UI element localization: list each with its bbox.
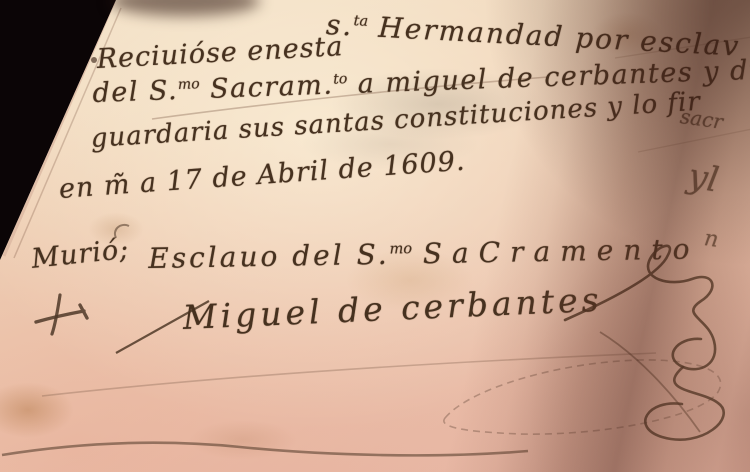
tan-stain — [0, 382, 74, 438]
abbr-sacramento-sup: to — [333, 71, 348, 87]
cervantes-signature: Miguel de cerbantes — [182, 280, 603, 337]
fold-fragment-1-text: yl — [685, 156, 722, 201]
margin-note-text: Murió; — [30, 234, 131, 275]
entry-line1-right: s.taHermandad por esclav — [325, 8, 741, 63]
signature-text: Miguel de cerbantes — [182, 280, 603, 337]
fold-fragment-2: n — [703, 226, 721, 253]
entry-line5: Esclauo del S.moSaCramento — [148, 232, 700, 275]
manuscript-photo: Reciuióse enesta s.taHermandad por escla… — [0, 0, 750, 472]
cross-icon-vertical — [52, 295, 60, 334]
line3-fold-text: sacr — [679, 104, 725, 134]
abbr-smo-sup: mo — [178, 76, 200, 93]
line1-right-text: Hermandad por esclav — [378, 11, 741, 63]
rubric-diagonal — [600, 332, 700, 432]
fold-fragment-1: yl — [685, 156, 722, 201]
abbr-santa-sup: ta — [353, 12, 368, 30]
abbr-smo2-sup: mo — [389, 240, 412, 257]
line4-text: en m̃ a 17 de Abril de 1609. — [58, 146, 466, 205]
margin-note-murio: Murió; — [30, 234, 131, 275]
fold-fragment-2-text: n — [703, 226, 721, 253]
tan-stain — [188, 420, 298, 460]
line1-left-text: Reciuióse enesta — [96, 31, 344, 75]
ruled-line-middle — [42, 353, 656, 396]
ruled-line-fold-2 — [638, 129, 750, 152]
abbr-santa-base: s. — [325, 8, 354, 42]
abbr-smo-base: del S. — [92, 75, 179, 109]
entry-line3-fold-fragment: sacr — [679, 104, 725, 134]
line5-left-text: Esclauo del S. — [148, 238, 390, 275]
abbr-sacramento-base: Sacram. — [210, 70, 334, 105]
rubric-ellipse — [444, 360, 721, 434]
entry-line1-left: Reciuióse enesta — [96, 31, 344, 75]
cross-icon — [36, 305, 87, 322]
entry-line4-date: en m̃ a 17 de Abril de 1609. — [58, 146, 466, 205]
manuscript-page: Reciuióse enesta s.taHermandad por escla… — [0, 0, 750, 472]
rubric-flourish-lower — [645, 367, 723, 440]
ruled-line-bottom — [2, 443, 528, 456]
line5-sacramento-text: SaCramento — [423, 232, 700, 270]
